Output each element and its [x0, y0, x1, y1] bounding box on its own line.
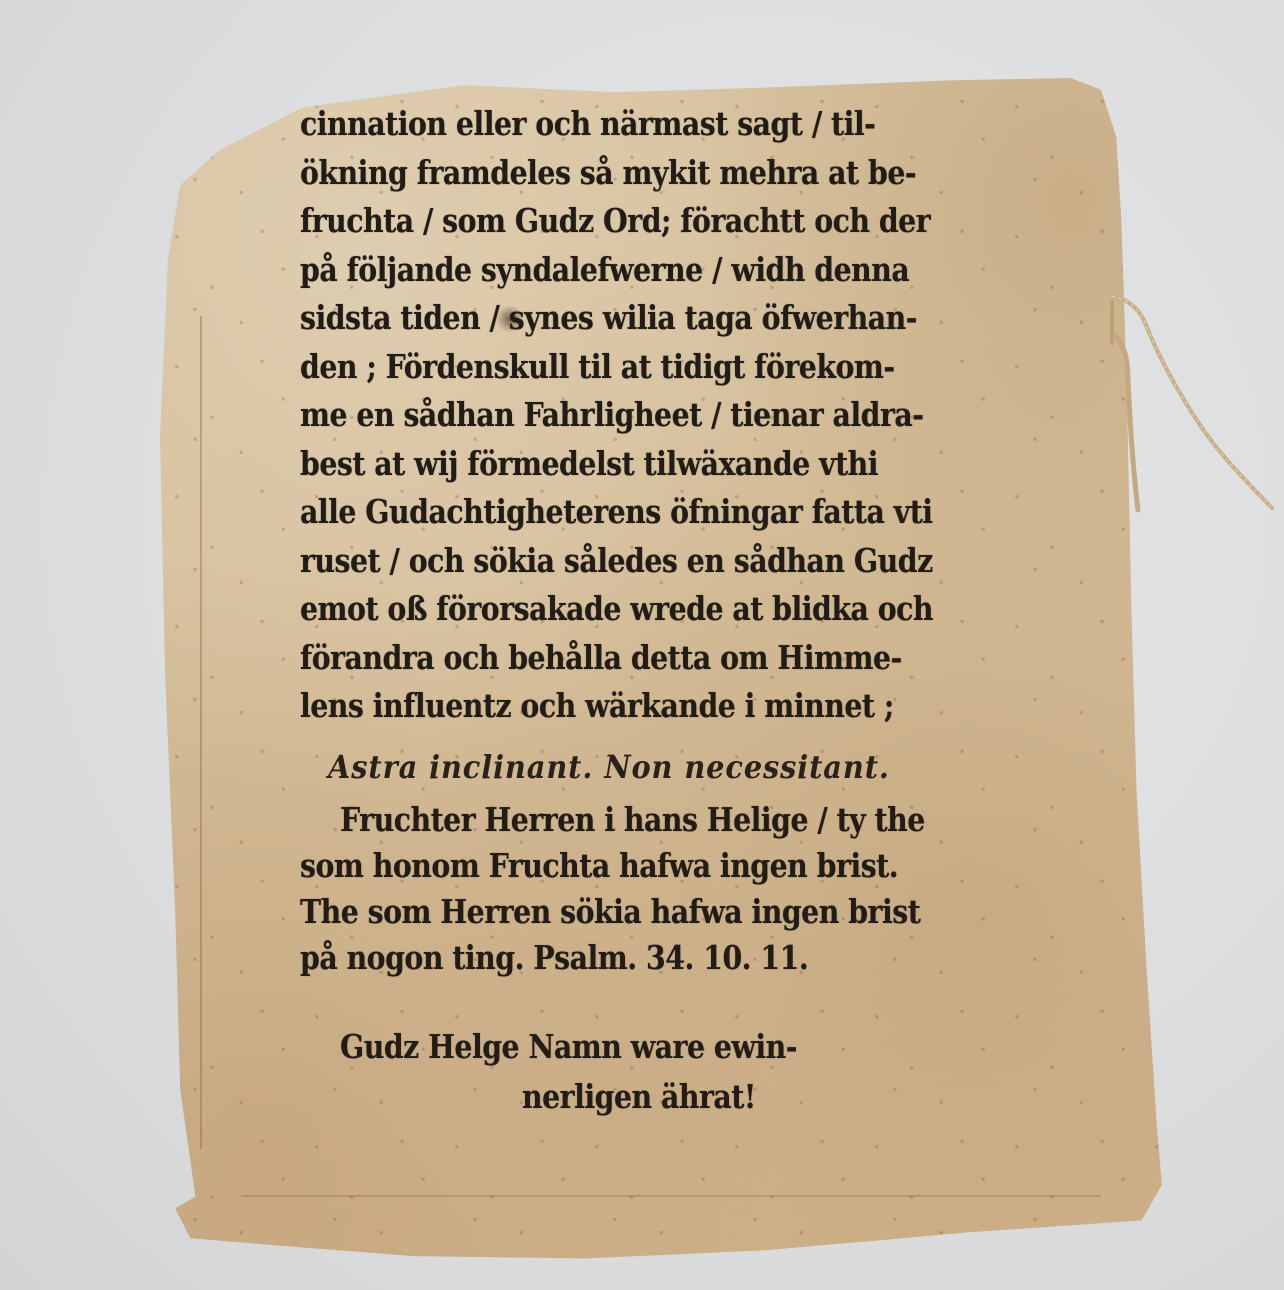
text-line: den ; Fördenskull til at tidigt förekom-	[300, 343, 954, 392]
text-line: förandra och behålla detta om Himme-	[300, 634, 954, 683]
page-fold-left	[200, 316, 202, 1149]
latin-motto: Astra inclinant. Non necessitant.	[328, 745, 987, 789]
text-line: lens influentz och wärkande i minnet ;	[300, 682, 954, 731]
text-line: best at wij förmedelst tilwäxande vthi	[300, 440, 954, 489]
text-line: me en sådhan Fahrligheet / tienar aldra-	[300, 391, 954, 440]
text-line: ökning framdeles så mykit mehra at be-	[300, 149, 954, 198]
text-line: på följande syndalefwerne / widh denna	[300, 246, 954, 295]
closing-line: nerligen ährat!	[522, 1072, 985, 1122]
verse-line: Fruchter Herren i hans Helige / ty the	[340, 797, 959, 843]
verse-line: The som Herren sökia hafwa ingen brist	[300, 889, 954, 935]
printed-text-block: cinnation eller och närmast sagt / til- …	[300, 100, 1060, 981]
closing-line: Gudz Helge Namn ware ewin-	[340, 1022, 959, 1072]
text-line: ruset / och sökia således en sådhan Gudz	[300, 537, 954, 586]
text-line: fruchta / som Gudz Ord; förachtt och der	[300, 197, 954, 246]
psalm-verse: Fruchter Herren i hans Helige / ty the s…	[300, 797, 1060, 981]
text-line: sidsta tiden / synes wilia taga öfwerhan…	[300, 294, 954, 343]
main-paragraph: cinnation eller och närmast sagt / til- …	[300, 100, 1060, 731]
text-line: cinnation eller och närmast sagt / til-	[300, 100, 954, 149]
closing-doxology: Gudz Helge Namn ware ewin- nerligen ähra…	[340, 1022, 1060, 1122]
text-line: emot oß förorsakade wrede at blidka och	[300, 585, 954, 634]
page-fold-bottom	[241, 1195, 1101, 1197]
text-line: alle Gudachtigheterens öfningar fatta vt…	[300, 488, 954, 537]
document-photograph: cinnation eller och närmast sagt / til- …	[0, 0, 1284, 1290]
verse-line: på nogon ting. Psalm. 34. 10. 11.	[300, 935, 954, 981]
verse-line: som honom Fruchta hafwa ingen brist.	[300, 843, 954, 889]
